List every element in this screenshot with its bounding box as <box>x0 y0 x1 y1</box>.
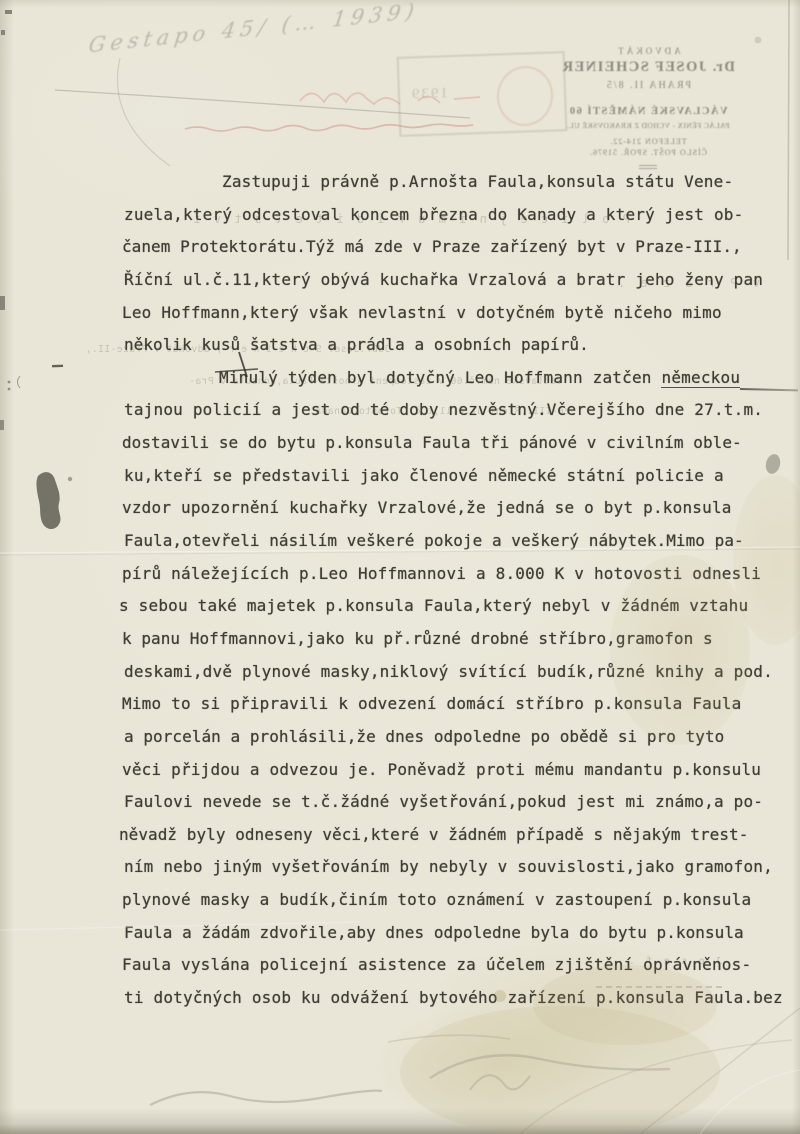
typed-line: Minulý týden byl dotyčný Leo Hoffmann za… <box>119 362 792 395</box>
typed-line: Mimo to si připravili k odvezení domácí … <box>122 688 792 721</box>
document-page: ADVOKÁT Dr. JOSEF SCHEINER PRAHA II. 8/5… <box>0 0 800 1134</box>
underlined-word: německou <box>661 368 740 388</box>
typed-line: něvadž byly odneseny věci,které v žádném… <box>119 819 792 852</box>
pencil-scribble <box>430 1055 670 1078</box>
typed-line: ti dotyčných osob ku odvážení bytového z… <box>124 982 792 1015</box>
typed-line: ním nebo jiným vyšetřováním by nebyly v … <box>124 851 792 884</box>
typed-line: Faulovi nevede se t.č.žádné vyšetřování,… <box>124 786 792 819</box>
pencil-scribble <box>388 1035 510 1042</box>
typed-line: vzdor upozornění kuchařky Vrzalové,že je… <box>122 492 792 525</box>
typed-line: Faula a žádám zdvořile,aby dnes odpoledn… <box>124 917 792 950</box>
typed-line: a porcelán a prohlásili,že dnes odpoledn… <box>124 721 792 754</box>
typed-line: věci přijdou a odvezou je. Poněvadž prot… <box>122 754 792 787</box>
typed-line: čanem Protektorátu.Týž má zde v Praze za… <box>122 231 792 264</box>
typed-line: ku,kteří se představili jako členové něm… <box>124 460 792 493</box>
pencil-stroke <box>117 58 170 166</box>
letterhead-line: TELEFON 214-22. <box>522 137 774 146</box>
edge-speck <box>0 420 4 430</box>
typed-line: Říční ul.č.11,který obývá kuchařka Vrzal… <box>124 264 792 297</box>
typed-line: s sebou také majetek p.konsula Faula,kte… <box>119 590 792 623</box>
pencil-annotation: Gestapo 45/ (… 1939) <box>87 0 420 58</box>
ink-speck <box>68 477 72 481</box>
letterhead-line: ČÍSLO POŠT. SPOŘ. 51976. <box>522 148 774 157</box>
crease <box>700 1070 800 1134</box>
typed-line: k panu Hoffmannovi,jako ku př.různé drob… <box>122 623 792 656</box>
typed-line: Faula,otevřeli násilím veškeré pokoje a … <box>124 525 792 558</box>
stain <box>755 37 762 44</box>
speck <box>18 376 21 388</box>
typed-line: plynové masky a budík,činím toto oznámen… <box>122 884 792 917</box>
typed-line: zuela,který odcestoval koncem března do … <box>124 199 792 232</box>
speck <box>8 388 11 391</box>
ink-blot <box>36 472 60 529</box>
typed-line: tajnou policií a jest od té doby nezvěst… <box>124 394 792 427</box>
typed-line: Zastupuji právně p.Arnošta Faula,konsula… <box>122 166 792 199</box>
typed-line: dostavili se do bytu p.konsula Faula tři… <box>122 427 792 460</box>
pencil-scribble <box>470 1075 530 1090</box>
typed-line: Leo Hoffmann,který však nevlastní v doty… <box>122 297 792 330</box>
crease <box>520 1040 792 1134</box>
typed-line: pírů náležejících p.Leo Hoffmannovi a 8.… <box>122 558 792 591</box>
speck <box>8 381 11 384</box>
edge-speck <box>0 296 5 310</box>
typed-line: deskami,dvě plynové masky,niklový svítíc… <box>124 656 792 689</box>
pencil-scribble <box>150 1091 382 1105</box>
typed-line: Faula vyslána policejní asistence za úče… <box>122 949 792 982</box>
typed-text: Minulý týden byl dotyčný Leo Hoffmann za… <box>219 368 661 387</box>
edge-speck <box>1 30 5 35</box>
letter-body: Zastupuji právně p.Arnošta Faula,konsula… <box>122 166 792 1015</box>
edge-speck <box>5 10 12 14</box>
crease <box>640 1008 800 1134</box>
typed-line: několik kusů šatstva a prádla a osobních… <box>124 329 792 362</box>
typed-dash-mark <box>52 365 63 368</box>
stain <box>400 1006 720 1134</box>
